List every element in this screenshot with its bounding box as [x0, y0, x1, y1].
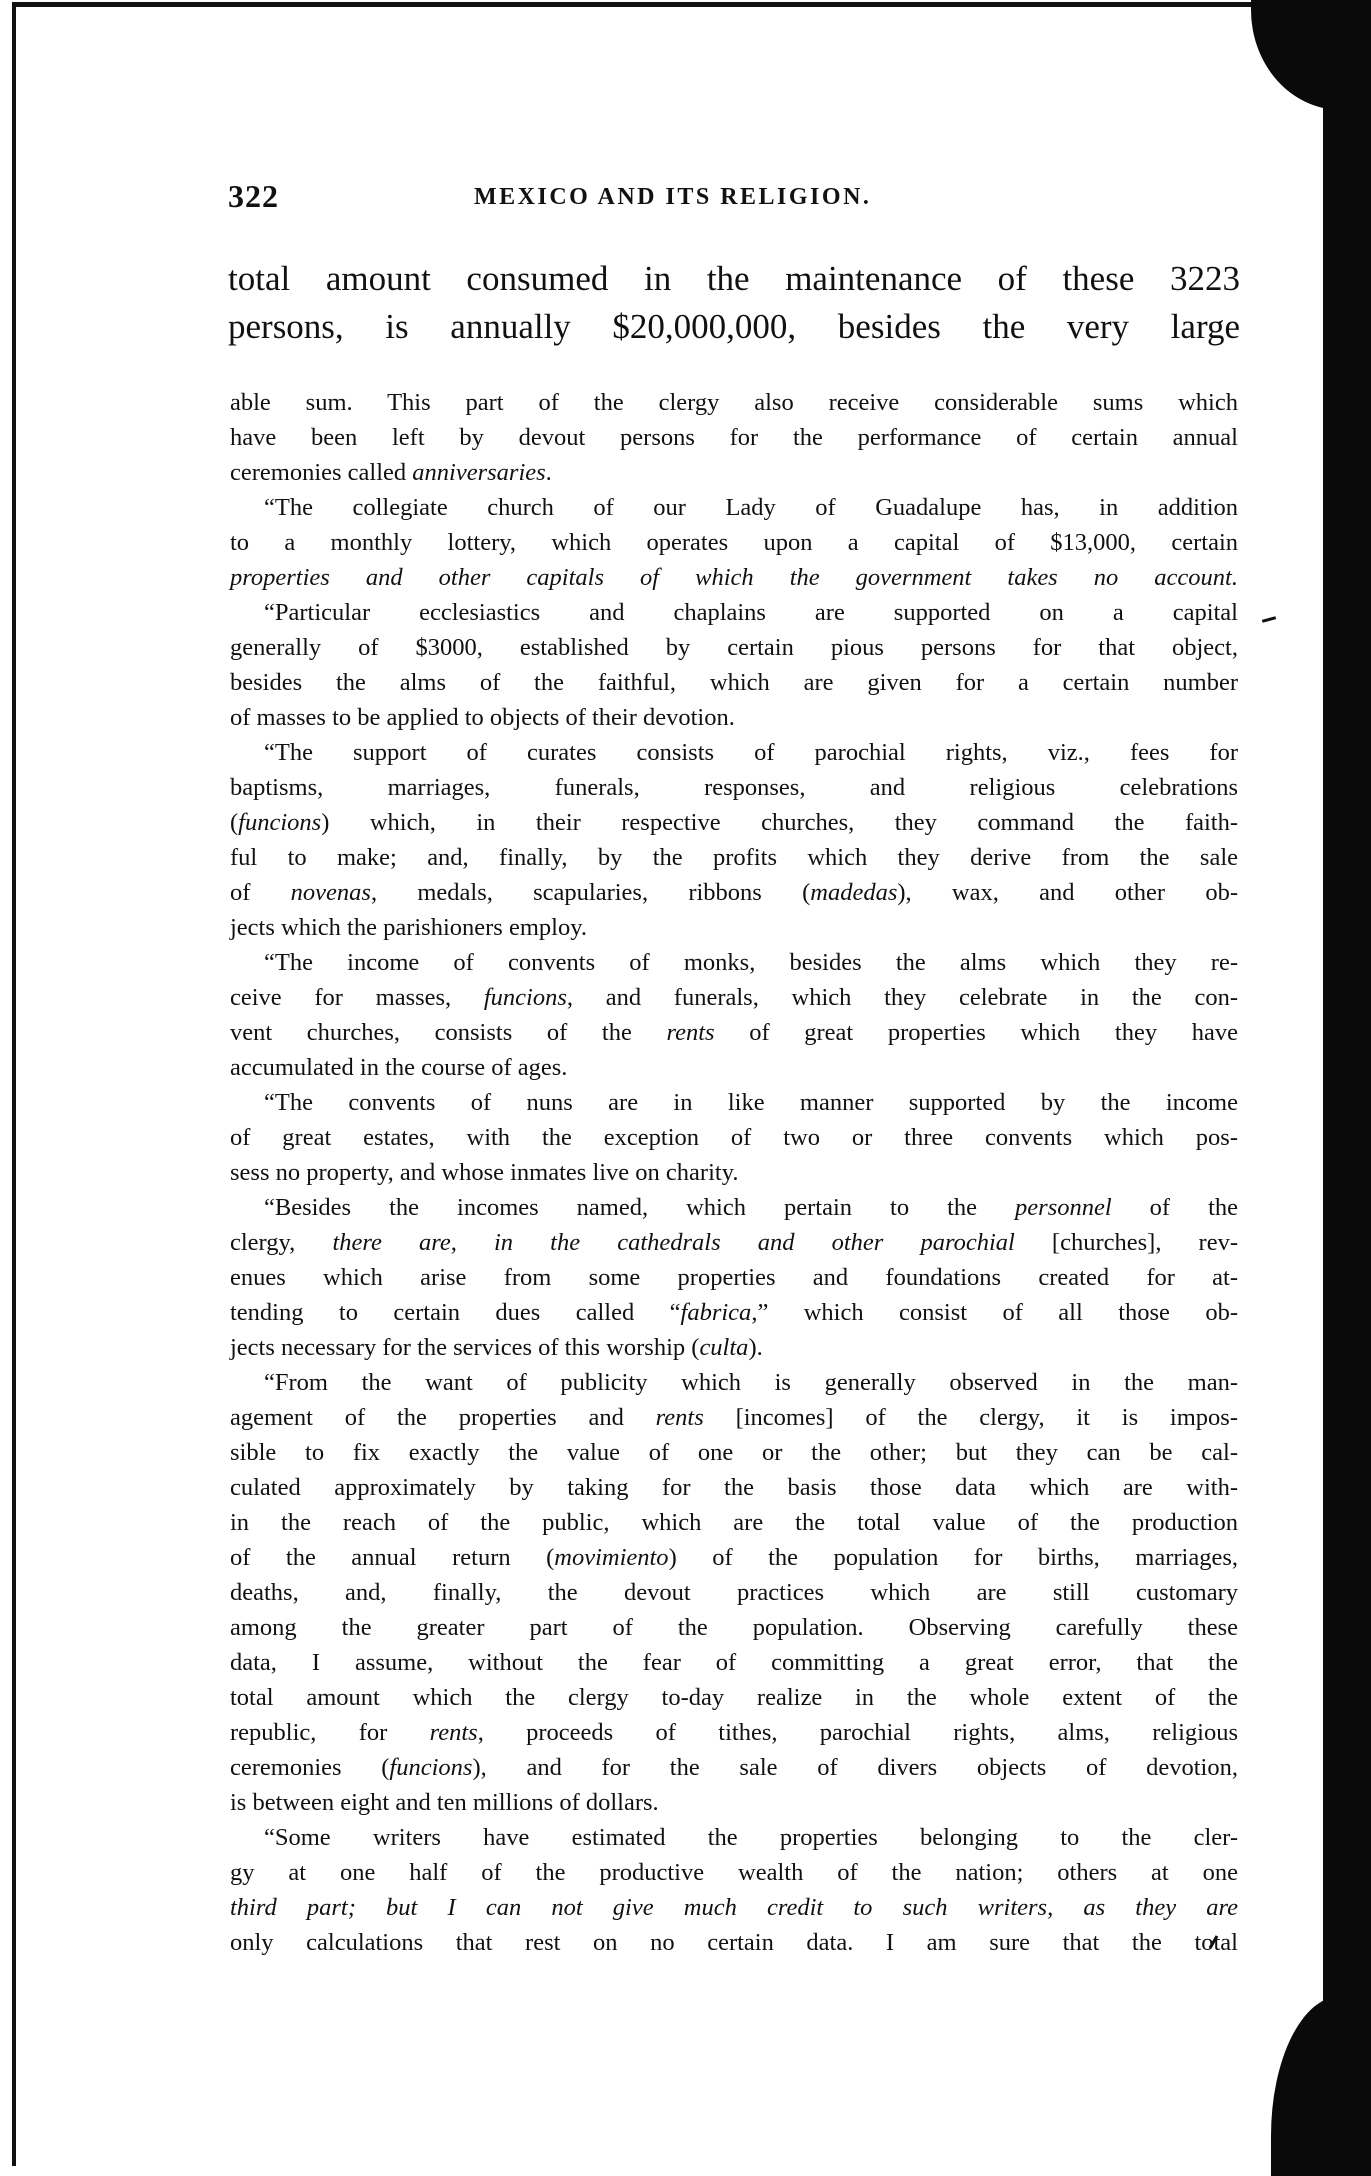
body-line: properties and other capitals of which t… — [230, 560, 1238, 595]
italic-term: personnel — [1015, 1194, 1112, 1221]
body-line: agement of the properties and rents [inc… — [230, 1400, 1238, 1435]
body-line: ful to make; and, finally, by the profit… — [230, 840, 1238, 875]
body-line: “From the want of publicity which is gen… — [230, 1365, 1238, 1400]
body-line: “Particular ecclesiastics and chaplains … — [230, 595, 1238, 630]
italic-term: funcions — [484, 984, 567, 1011]
italic-term: novenas — [291, 879, 371, 906]
body-line: have been left by devout persons for the… — [230, 420, 1238, 455]
body-line: among the greater part of the population… — [230, 1610, 1238, 1645]
italic-term: fabrica — [681, 1299, 752, 1326]
body-line: is between eight and ten millions of dol… — [230, 1785, 1238, 1820]
scan-edge-left — [12, 4, 16, 2166]
body-line: third part; but I can not give much cred… — [230, 1890, 1238, 1925]
body-line: republic, for rents, proceeds of tithes,… — [230, 1715, 1238, 1750]
italic-term: third part; but I can not give much cred… — [230, 1894, 1238, 1921]
italic-term: rents — [430, 1719, 478, 1746]
scan-edge-curve-top — [1251, 0, 1341, 110]
body-line: jects which the parishioners employ. — [230, 910, 1238, 945]
margin-mark — [1262, 616, 1276, 623]
lead-line: persons, is annually $20,000,000, beside… — [228, 303, 1240, 351]
italic-term: madedas — [810, 879, 897, 906]
body-line: able sum. This part of the clergy also r… — [230, 385, 1238, 420]
body-line: ceremonies called anniversaries. — [230, 455, 1238, 490]
body-line: of the annual return (movimiento) of the… — [230, 1540, 1238, 1575]
italic-term: properties and other capitals of which t… — [230, 564, 1238, 591]
body-line: culated approximately by taking for the … — [230, 1470, 1238, 1505]
body-line: “The convents of nuns are in like manner… — [230, 1085, 1238, 1120]
body-line: “Besides the incomes named, which pertai… — [230, 1190, 1238, 1225]
body-line: jects necessary for the services of this… — [230, 1330, 1238, 1365]
body-line: to a monthly lottery, which operates upo… — [230, 525, 1238, 560]
scan-edge-curve-bottom — [1271, 1996, 1341, 2176]
body-line: baptisms, marriages, funerals, responses… — [230, 770, 1238, 805]
italic-term: anniversaries — [412, 459, 545, 486]
book-page: 322 MEXICO AND ITS RELIGION. total amoun… — [0, 0, 1371, 2176]
body-line: enues which arise from some properties a… — [230, 1260, 1238, 1295]
italic-term: rents — [656, 1404, 704, 1431]
body-line: accumulated in the course of ages. — [230, 1050, 1238, 1085]
body-line: generally of $3000, established by certa… — [230, 630, 1238, 665]
italic-term: movimiento — [554, 1544, 668, 1571]
page-number: 322 — [228, 178, 279, 215]
italic-term: funcions — [389, 1754, 472, 1781]
body-line: total amount which the clergy to-day rea… — [230, 1680, 1238, 1715]
scan-edge-right — [1323, 0, 1371, 2176]
body-line: in the reach of the public, which are th… — [230, 1505, 1238, 1540]
body-line: data, I assume, without the fear of comm… — [230, 1645, 1238, 1680]
body-line: “The collegiate church of our Lady of Gu… — [230, 490, 1238, 525]
body-line: clergy, there are, in the cathedrals and… — [230, 1225, 1238, 1260]
body-line: only calculations that rest on no certai… — [230, 1925, 1238, 1960]
body-line: ceive for masses, funcions, and funerals… — [230, 980, 1238, 1015]
body-line: of masses to be applied to objects of th… — [230, 700, 1238, 735]
body-line: “Some writers have estimated the propert… — [230, 1820, 1238, 1855]
body-line: (funcions) which, in their respective ch… — [230, 805, 1238, 840]
italic-term: culta — [699, 1334, 748, 1361]
body-line: of novenas, medals, scapularies, ribbons… — [230, 875, 1238, 910]
body-line: sible to fix exactly the value of one or… — [230, 1435, 1238, 1470]
running-title: MEXICO AND ITS RELIGION. — [474, 184, 871, 211]
body-line: gy at one half of the productive wealth … — [230, 1855, 1238, 1890]
italic-term: funcions — [238, 809, 321, 836]
body-text: able sum. This part of the clergy also r… — [230, 385, 1238, 1960]
body-line: ceremonies (funcions), and for the sale … — [230, 1750, 1238, 1785]
body-line: sess no property, and whose inmates live… — [230, 1155, 1238, 1190]
body-line: “The income of convents of monks, beside… — [230, 945, 1238, 980]
italic-term: there are, in the cathedrals and other p… — [332, 1229, 1014, 1256]
scan-edge-top — [12, 2, 1292, 7]
body-line: “The support of curates consists of paro… — [230, 735, 1238, 770]
body-line: of great estates, with the exception of … — [230, 1120, 1238, 1155]
italic-term: rents — [666, 1019, 714, 1046]
running-head: 322 MEXICO AND ITS RELIGION. — [228, 178, 1228, 218]
body-line: vent churches, consists of the rents of … — [230, 1015, 1238, 1050]
body-line: tending to certain dues called “fabrica,… — [230, 1295, 1238, 1330]
body-line: deaths, and, finally, the devout practic… — [230, 1575, 1238, 1610]
body-line: besides the alms of the faithful, which … — [230, 665, 1238, 700]
lead-paragraph: total amount consumed in the maintenance… — [228, 255, 1240, 351]
lead-line: total amount consumed in the maintenance… — [228, 255, 1240, 303]
